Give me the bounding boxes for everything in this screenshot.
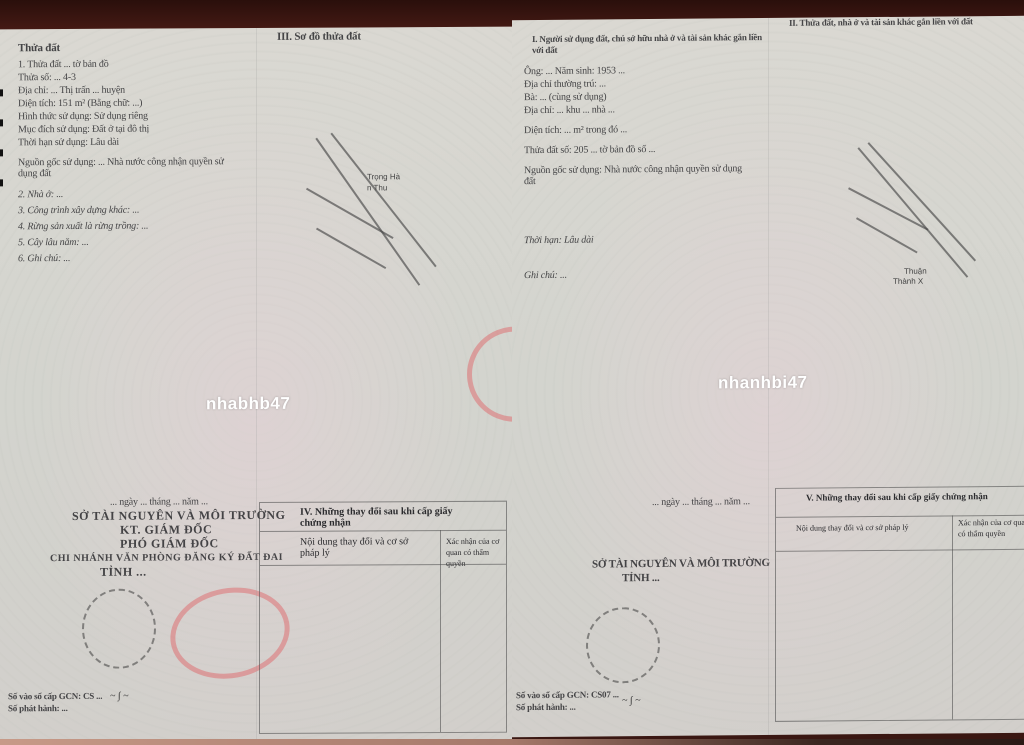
changes-table: V. Những thay đổi sau khi cấp giấy chứng…	[775, 486, 1024, 722]
official-seal	[586, 607, 660, 684]
text-line: 2. Nhà ở: ...	[18, 189, 63, 200]
watermark: nhanhbi47	[718, 373, 808, 394]
section-header: II. Thửa đất, nhà ở và tài sản khác gắn …	[789, 16, 1019, 29]
left-spread-left-page: Thửa đất 1. Thửa đất ... tờ bản đồ Thửa …	[0, 28, 256, 745]
authority-line: PHÓ GIÁM ĐỐC	[120, 538, 219, 550]
authority-line: CHI NHÁNH VĂN PHÒNG ĐĂNG KÝ ĐẤT ĐAI	[50, 552, 283, 564]
text-line: Diện tích: 151 m² (Bằng chữ: ...)	[18, 98, 142, 110]
registry-number: Số vào sổ cấp GCN: CS07 ...	[516, 689, 619, 701]
red-stamp	[467, 326, 512, 421]
text-line: Thời hạn sử dụng: Lâu dài	[18, 137, 119, 149]
text-line: Ông: ... Năm sinh: 1953 ...	[524, 65, 625, 77]
signature: ~ ∫ ~	[622, 695, 641, 706]
binding-mark	[0, 149, 3, 156]
text-line: Thửa số: ... 4-3	[18, 72, 76, 83]
text-line: Hình thức sử dụng: Sử dụng riêng	[18, 111, 148, 123]
official-seal	[82, 589, 156, 669]
date-line: ... ngày ... tháng ... năm ...	[652, 496, 750, 508]
table-header: Nội dung thay đổi và cơ sở pháp lý	[300, 536, 430, 559]
text-line: Nguồn gốc sử dụng: Nhà nước công nhận qu…	[524, 163, 754, 187]
plot-label: n Thu	[367, 183, 387, 192]
text-line: 4. Rừng sản xuất là rừng trồng: ...	[18, 221, 148, 233]
table-title: V. Những thay đổi sau khi cấp giấy chứng…	[806, 491, 1006, 504]
changes-table: IV. Những thay đổi sau khi cấp giấy chứn…	[259, 501, 507, 734]
text-line: Thửa đất số: 205 ... tờ bản đồ số ...	[524, 144, 655, 156]
text-line: Địa chỉ: ... khu ... nhà ...	[524, 104, 615, 116]
signature: ~ ∫ ~	[110, 691, 129, 702]
date-line: ... ngày ... tháng ... năm ...	[110, 496, 208, 508]
right-spread: I. Người sử dụng đất, chủ sở hữu nhà ở v…	[512, 16, 1024, 737]
text-line: Mục đích sử dụng: Đất ở tại đô thị	[18, 124, 149, 136]
authority-line: SỞ TÀI NGUYÊN VÀ MÔI TRƯỜNG	[72, 510, 285, 522]
binding-mark	[0, 119, 3, 126]
authority-line: TỈNH ...	[100, 567, 147, 578]
left-spread: Thửa đất 1. Thửa đất ... tờ bản đồ Thửa …	[0, 27, 512, 745]
table-title: IV. Những thay đổi sau khi cấp giấy chứn…	[300, 506, 480, 529]
plot-label: Trọng Hà	[367, 172, 400, 181]
table-header: Xác nhận của cơ quan có thẩm quyền	[958, 517, 1024, 540]
section-header: III. Sơ đồ thửa đất	[277, 31, 361, 42]
text-line: Địa chỉ: ... Thị trấn ... huyện	[18, 85, 125, 97]
table-header: Nội dung thay đổi và cơ sở pháp lý	[796, 521, 946, 533]
text-line: 5. Cây lâu năm: ...	[18, 237, 89, 248]
text-line: 1. Thửa đất ... tờ bản đồ	[18, 59, 109, 70]
text-line: 6. Ghi chú: ...	[18, 253, 70, 264]
table-edge	[0, 739, 1024, 745]
text-line: Địa chỉ thường trú: ...	[524, 78, 606, 90]
text-line: Nguồn gốc sử dụng: ... Nhà nước công nhậ…	[18, 156, 238, 179]
plot-label: Thành X	[893, 277, 923, 286]
authority-line: SỞ TÀI NGUYÊN VÀ MÔI TRƯỜNG	[592, 558, 770, 571]
section-header: Thửa đất	[18, 43, 60, 54]
text-line: Ghi chú: ...	[524, 270, 567, 281]
binding-mark	[0, 179, 3, 186]
registry-number: Số vào sổ cấp GCN: CS ...	[8, 691, 102, 702]
authority-line: KT. GIÁM ĐỐC	[120, 524, 212, 535]
section-header: I. Người sử dụng đất, chủ sở hữu nhà ở v…	[532, 32, 762, 56]
left-spread-right-page: III. Sơ đồ thửa đất Trọng Hà n Thu IV. N…	[256, 27, 512, 745]
watermark: nhabhb47	[206, 394, 290, 414]
plot-label: Thuận	[904, 267, 927, 276]
issue-number: Số phát hành: ...	[8, 703, 68, 714]
authority-line: TỈNH ...	[622, 573, 660, 584]
plot-diagram: Trọng Hà n Thu	[257, 27, 512, 28]
binding-mark	[0, 89, 3, 96]
text-line: Thời hạn: Lâu dài	[524, 235, 593, 247]
text-line: Diện tích: ... m² trong đó ...	[524, 124, 627, 136]
text-line: Bà: ... (cùng sử dụng)	[524, 91, 606, 103]
text-line: 3. Công trình xây dựng khác: ...	[18, 205, 139, 217]
issue-number: Số phát hành: ...	[516, 702, 576, 714]
